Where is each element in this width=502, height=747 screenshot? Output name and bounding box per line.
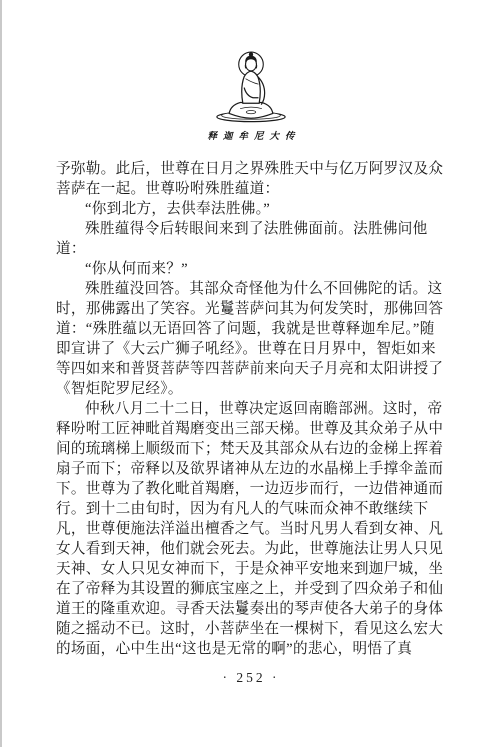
- text-line: “你从何而来？”: [56, 259, 446, 279]
- text-line: 道：“殊胜蕴以无语回答了问题，我就是世尊释迦牟尼。”随: [56, 319, 446, 339]
- text-line: 道：: [56, 239, 446, 259]
- page-number: · 252 ·: [0, 670, 502, 686]
- book-title: 释迦牟尼大传: [0, 128, 502, 142]
- text-line: “你到北方，去供奉法胜佛。”: [56, 199, 446, 219]
- text-line: 菩萨在一起。世尊吩咐殊胜蕴道：: [56, 179, 446, 199]
- text-line: 女人看到天神，他们就会死去。为此，世尊施法让男人只见: [56, 539, 446, 559]
- text-line: 的场面，心中生出“这也是无常的啊”的悲心，明悟了真: [56, 639, 446, 659]
- text-line: 《智炬陀罗尼经》。: [56, 379, 446, 399]
- text-line: 时，那佛露出了笑容。光鬘菩萨问其为何发笑时，那佛回答: [56, 299, 446, 319]
- text-line: 殊胜蕴得令后转眼间来到了法胜佛面前。法胜佛问他: [56, 219, 446, 239]
- text-line: 道王的隆重欢迎。寻香天法鬘奏出的琴声使各大弟子的身体: [56, 599, 446, 619]
- text-line: 随之摇动不已。这时，小菩萨坐在一棵树下，看见这么宏大: [56, 619, 446, 639]
- text-line: 仲秋八月二十二日，世尊决定返回南瞻部洲。这时，帝: [56, 399, 446, 419]
- text-line: 下。世尊为了教化毗首羯磨，一边迈步而行，一边借神通而: [56, 479, 446, 499]
- text-line: 释吩咐工匠神毗首羯磨变出三部天梯。世尊及其众弟子从中: [56, 419, 446, 439]
- body-text: 予弥勒。此后，世尊在日月之界殊胜天中与亿万阿罗汉及众菩萨在一起。世尊吩咐殊胜蕴道…: [56, 159, 446, 659]
- text-line: 殊胜蕴没回答。其部众奇怪他为什么不回佛陀的话。这: [56, 279, 446, 299]
- text-line: 在了帝释为其设置的狮底宝座之上，并受到了四众弟子和仙: [56, 579, 446, 599]
- text-line: 天神、女人只见女神而下，于是众神平安地来到迦尸城，坐: [56, 559, 446, 579]
- text-line: 间的琉璃梯上顺级而下；梵天及其部众从右边的金梯上挥着: [56, 439, 446, 459]
- text-line: 予弥勒。此后，世尊在日月之界殊胜天中与亿万阿罗汉及众: [56, 159, 446, 179]
- text-line: 扇子而下；帝释以及欲界诸神从左边的水晶梯上手撑伞盖而: [56, 459, 446, 479]
- text-line: 行。到十二由旬时，因为有凡人的气味而众神不敢继续下: [56, 499, 446, 519]
- text-line: 等四如来和普贤菩萨等四菩萨前来向天子月亮和太阳讲授了: [56, 359, 446, 379]
- page-header: 释迦牟尼大传: [0, 0, 502, 142]
- text-line: 凡，世尊便施法洋溢出檀香之气。当时凡男人看到女神、凡: [56, 519, 446, 539]
- book-page: 释迦牟尼大传 予弥勒。此后，世尊在日月之界殊胜天中与亿万阿罗汉及众菩萨在一起。世…: [0, 0, 502, 747]
- buddha-icon: [210, 48, 292, 123]
- text-line: 即宣讲了《大云广狮子吼经》。世尊在日月界中，智炬如来: [56, 339, 446, 359]
